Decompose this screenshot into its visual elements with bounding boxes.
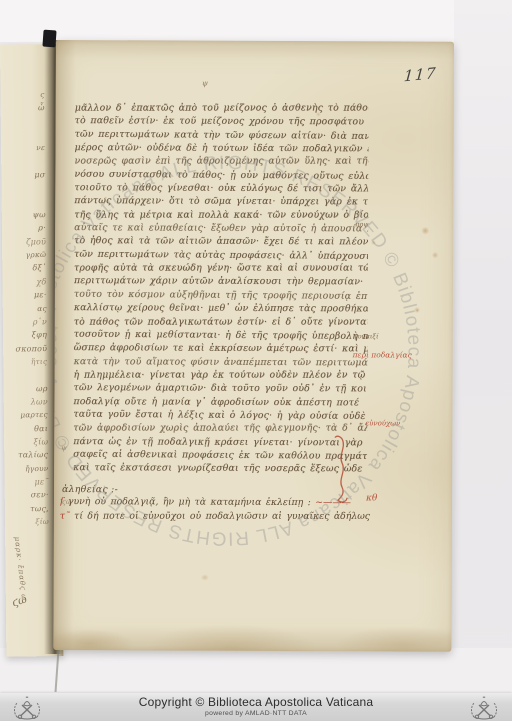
left-page-text-fragment: μσ — [1, 170, 45, 184]
manuscript-line: τὸ πάθος τῶν ποδαλγικωτάτων ἐστίν· εἰ δ᾽… — [74, 316, 368, 329]
left-page-text-fragments: ςὧνεμσψωρ·ζμοῦγρκῶδξ῾χδμε·αςρ῾νξφησκοποῦ… — [0, 90, 49, 531]
left-margin-mark-b: ϛω — [62, 498, 72, 506]
scan-viewport: ςὧνεμσψωρ·ζμοῦγρκῶδξ῾χδμε·αςρ῾νξφησκοποῦ… — [0, 0, 512, 721]
greek-text-block: μᾶλλον δ᾽ ἐπακτῶς ἀπὸ τοῦ μείζονος ὁ ἀσθ… — [73, 102, 369, 477]
manuscript-page: 117 ψ μᾶλλον δ᾽ ἐπακτῶς ἀπὸ τοῦ μείζονος… — [53, 40, 454, 652]
left-page-text-fragment: ας — [3, 303, 47, 317]
top-margin-mark: ψ — [202, 79, 208, 88]
paragraph-closing: ἀληθείας :- — [62, 484, 118, 495]
left-page-text-fragment: ταλίως — [4, 450, 48, 464]
manuscript-line: τὸ παθεῖν ἐστίν· ἐκ τοῦ μείζονος χρόνου … — [75, 115, 369, 130]
left-page-text-fragment: σεν· — [5, 490, 49, 504]
left-page-text-fragment: σκοποῦ — [3, 344, 47, 358]
manuscript-line: τροφῆς αὐτὰ τὰ σκευώδη γένη· ὥστε καὶ αἱ… — [74, 263, 368, 276]
margin-note-red-small: εὐνούχων — [365, 419, 400, 427]
manuscript-line: τοιοῦτο τὸ πάθος γίνεσθαι· οὐκ εὐλόγως δ… — [74, 182, 368, 197]
left-page-text-fragment: ξίω — [4, 437, 48, 450]
left-page-text-fragment: μαρτες — [4, 410, 48, 424]
left-page-text-fragment: ς — [0, 90, 44, 104]
left-page-text-fragment: λων — [4, 397, 48, 410]
left-page-text-fragment: δξ῾ — [2, 264, 46, 278]
vatican-keys-emblem-right — [470, 696, 498, 721]
left-page-text-fragment — [3, 370, 47, 384]
lemma-text: τί δή ποτε οἱ εὐνοῦχοι οὐ ποδαλγιῶσιν αἱ… — [74, 511, 370, 522]
left-margin-mark-a: ψ — [61, 444, 67, 452]
powered-by-text: powered by AMLAD·NTT DATA — [0, 710, 512, 717]
manuscript-line: τῶν ἀφροδισίων χωρὶς ἀπολαύει τῆς φλεγμο… — [73, 423, 367, 436]
footer-bar: Copyright © Biblioteca Apostolica Vatica… — [0, 693, 512, 721]
vatican-keys-emblem-left — [13, 696, 41, 721]
left-page-text-fragment: ξίω — [5, 517, 49, 531]
manuscript-line: νοσερῶς φασὶν ἐπὶ τῆς ἀθροιζομένης αὐτῶν… — [74, 156, 368, 169]
left-page-text-fragment: ρ῾ν — [3, 317, 47, 330]
margin-note-brown: γυναιξί — [354, 332, 379, 340]
manuscript-line: τῆς ὕλης τὰ μέτρια καὶ πολλὰ κακά· τῶν ε… — [74, 209, 368, 222]
manuscript-line: ὥσπερ ἀφροδισίων τε καὶ ἐκκρίσεων ἀμέτρω… — [74, 342, 368, 357]
left-page-text-fragment: ἤγουν — [4, 463, 48, 477]
margin-note-red-title: περὶ ποδαλγίας — [353, 350, 412, 359]
aphorism-number-margin: κθ — [366, 493, 377, 503]
manuscript-line: ἡ πλημμέλεια· γίνεται γὰρ ἐκ τούτων οὐδὲ… — [74, 370, 368, 383]
aphorism-lemma-line: ſ γυνὴ οὐ ποδαλγιᾷ, ἢν μὴ τὰ καταμήνια ἐ… — [60, 496, 404, 509]
left-page-text-fragment — [1, 130, 45, 144]
left-page-text-fragment: ὧ — [1, 103, 45, 117]
margin-note-top: ποψ — [355, 220, 368, 228]
binding-clip — [42, 30, 56, 48]
left-page-text-fragment: ψω — [2, 210, 46, 224]
manuscript-line: μᾶλλον δ᾽ ἐπακτῶς ἀπὸ τοῦ μείζονος ὁ ἀσθ… — [75, 103, 369, 116]
manuscript-line: αὐταῖς τε καὶ εὐπαθείαις· ἔξωθεν γὰρ αὐτ… — [74, 222, 368, 237]
left-page-text-fragment: χδ — [3, 277, 47, 290]
manuscript-line: τῶν λεγομένων ἁμαρτιῶν· διὰ τοῦτο γοῦν ο… — [73, 382, 367, 397]
manuscript-line: τῶν περιττωμάτων τὰς αὐτὰς προφάσεις· ἀλ… — [74, 248, 368, 264]
rubric-line-filler: ~——— — [315, 497, 351, 508]
manuscript-line: καλλίστῳ χείρους θεῖναι· μεθ᾽ ὧν ἐλύπησε… — [74, 302, 368, 317]
left-page-text-fragment — [2, 197, 46, 211]
manuscript-line: πάντως ὑπάρχειν· ὅτι τὸ σῶμα γίνεται· ὑπ… — [74, 195, 368, 210]
left-page-text-fragment: θαι — [4, 424, 48, 438]
rubric-initial-mark: τ῀ — [60, 511, 70, 522]
manuscript-line: καὶ ταῖς ἐκστάσεσι γνωρίζεσθαι τῆς νοσερ… — [73, 462, 367, 477]
left-page-text-fragment — [1, 117, 45, 130]
left-page-text-fragment: τως, — [5, 504, 49, 518]
aphorism-text: γυνὴ οὐ ποδαλγιᾷ, ἢν μὴ τὰ καταμήνια ἐκλ… — [68, 496, 311, 508]
left-page-text-fragment: νε — [1, 143, 45, 157]
left-page-text-fragment: ζμοῦ — [2, 237, 46, 250]
backdrop-bottom — [0, 648, 512, 694]
left-page-text-fragment — [1, 184, 45, 198]
left-page-text-fragment: ωρ — [4, 384, 48, 398]
left-page-text-fragment: με῀ — [5, 477, 49, 490]
left-page-text-fragment: γρκῶ — [2, 250, 46, 264]
left-page-text-fragment: ἥτις — [3, 357, 47, 371]
copyright-text: Copyright © Biblioteca Apostolica Vatica… — [0, 695, 512, 709]
backdrop-top — [0, 0, 512, 42]
backdrop-right — [454, 0, 512, 721]
folio-number: 117 — [403, 64, 437, 86]
left-page-text-fragment — [1, 157, 45, 170]
left-page-text-fragment: ξφη — [3, 330, 47, 344]
manuscript-line: κατὰ τὴν τοῦ αἵματος φύσιν ἀναπέμπεται τ… — [74, 356, 368, 371]
manuscript-line: μέρος αὐτῶν· οὐδένα δὲ ἡ τούτων ἰδέα τῶν… — [74, 142, 368, 157]
left-page-text-fragment: με· — [3, 290, 47, 304]
next-lemma-line: τ῀ τί δή ποτε οἱ εὐνοῦχοι οὐ ποδαλγιῶσιν… — [60, 511, 404, 522]
left-page-text-fragment: ρ· — [2, 224, 46, 238]
